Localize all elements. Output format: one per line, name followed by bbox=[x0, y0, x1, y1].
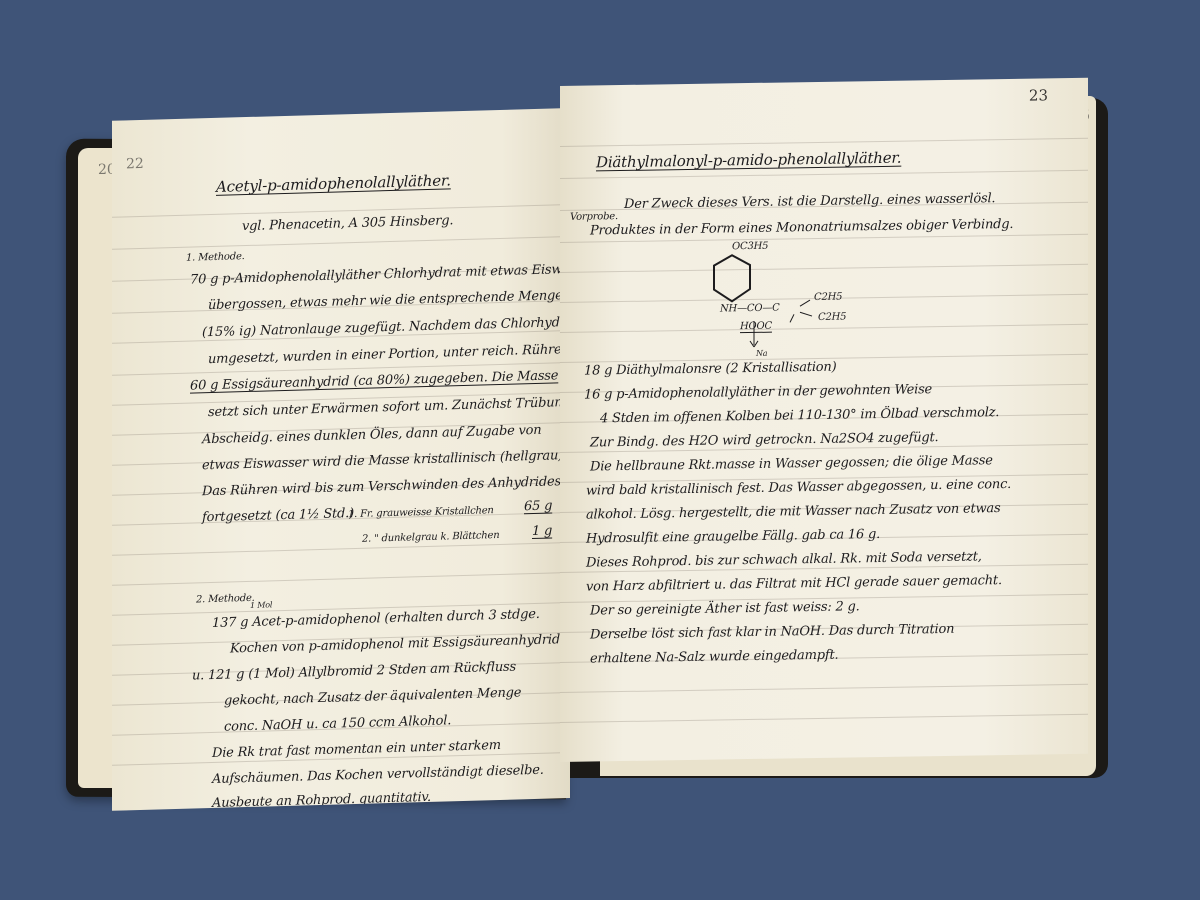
yield-label: 1. Fr. grauweisse Kristallchen bbox=[348, 505, 494, 520]
chemical-structure-diagram: OC3H5 NH—CO—C C2H5 C2H5 HOOC Na bbox=[710, 241, 910, 374]
method1-line: fortgesetzt (ca 1½ Std.) bbox=[202, 506, 354, 525]
procedure-line: Hydrosulfit eine graugelbe Fällg. gab ca… bbox=[586, 527, 880, 547]
page-number-left: 22 bbox=[126, 156, 144, 172]
notebook-photo: 20 5 22 Acetyl-p-amidophenolallyläther. … bbox=[0, 0, 1200, 900]
right-page-title: Diäthylmalonyl-p-amido-phenolallyläther. bbox=[596, 149, 901, 172]
structure-chain: NH—CO—C bbox=[720, 303, 780, 315]
procedure-line: 16 g p-Amidophenolallyläther in der gewo… bbox=[584, 382, 932, 402]
method1-line: 70 g p-Amidophenolallyläther Chlorhydrat… bbox=[190, 261, 570, 287]
method1-line: etwas Eiswasser wird die Masse kristalli… bbox=[202, 448, 563, 473]
method2-line: Ausbeute an Rohprod. quantitativ. bbox=[212, 790, 431, 811]
structure-salt: Na bbox=[756, 349, 767, 358]
page-number-right: 23 bbox=[1029, 86, 1048, 104]
method2-line: u. 121 g (1 Mol) Allylbromid 2 Stden am … bbox=[192, 660, 516, 684]
left-page: 22 Acetyl-p-amidophenolallyläther. vgl. … bbox=[112, 108, 570, 811]
structure-acid-group: HOOC bbox=[740, 321, 772, 333]
method1-line: 60 g Essigsäureanhydrid (ca 80%) zugegeb… bbox=[190, 368, 558, 393]
procedure-line: alkohol. Lösg. hergestellt, die mit Wass… bbox=[586, 501, 1000, 523]
procedure-line: 18 g Diäthylmalonsre (2 Kristallisation) bbox=[584, 360, 836, 379]
yield-value: 1 g bbox=[532, 523, 552, 539]
structure-top-group: OC3H5 bbox=[732, 241, 768, 253]
method2-line: Kochen von p-amidophenol mit Essigsäurea… bbox=[230, 632, 560, 656]
procedure-line: Die hellbraune Rkt.masse in Wasser gegos… bbox=[590, 453, 993, 474]
intro-line: Der Zweck dieses Vers. ist die Darstellg… bbox=[624, 191, 995, 212]
method1-line: Abscheidg. eines dunklen Öles, dann auf … bbox=[202, 423, 541, 447]
margin-label: Vorprobe. bbox=[570, 211, 618, 223]
procedure-line: von Harz abfiltriert u. das Filtrat mit … bbox=[586, 573, 1002, 595]
method1-line: Das Rühren wird bis zum Verschwinden des… bbox=[202, 474, 561, 499]
method1-line: (15% ig) Natronlauge zugefügt. Nachdem d… bbox=[202, 315, 568, 340]
method2-line: Aufschäumen. Das Kochen vervollständigt … bbox=[212, 763, 544, 787]
right-page: 23 Diäthylmalonyl-p-amido-phenolallyläth… bbox=[560, 78, 1088, 762]
method1-line: übergossen, etwas mehr wie die entsprech… bbox=[208, 288, 563, 313]
method2-label: 2. Methode. bbox=[196, 593, 255, 606]
procedure-line: erhaltene Na-Salz wurde eingedampft. bbox=[590, 648, 838, 667]
method2-line: conc. NaOH u. ca 150 ccm Alkohol. bbox=[224, 713, 451, 734]
procedure-line: Der so gereinigte Äther ist fast weiss: … bbox=[590, 599, 860, 618]
procedure-line: Dieses Rohprod. bis zur schwach alkal. R… bbox=[586, 549, 982, 570]
procedure-line: Derselbe löst sich fast klar in NaOH. Da… bbox=[590, 622, 954, 643]
procedure-line: 4 Stden im offenen Kolben bei 110-130° i… bbox=[600, 405, 999, 426]
structure-branch1: C2H5 bbox=[814, 292, 842, 303]
structure-branch2: C2H5 bbox=[818, 312, 846, 323]
yield-label: 2. " dunkelgrau k. Blättchen bbox=[362, 530, 499, 545]
yield-value: 65 g bbox=[524, 498, 552, 514]
left-page-subtitle: vgl. Phenacetin, A 305 Hinsberg. bbox=[242, 213, 453, 234]
left-page-title: Acetyl-p-amidophenolallyläther. bbox=[216, 171, 451, 196]
method1-label: 1. Methode. bbox=[186, 251, 245, 264]
method2-line: gekocht, nach Zusatz der äquivalenten Me… bbox=[224, 685, 521, 708]
method1-line: setzt sich unter Erwärmen sofort um. Zun… bbox=[208, 395, 570, 420]
method2-superscript: 1 Mol bbox=[250, 600, 272, 610]
